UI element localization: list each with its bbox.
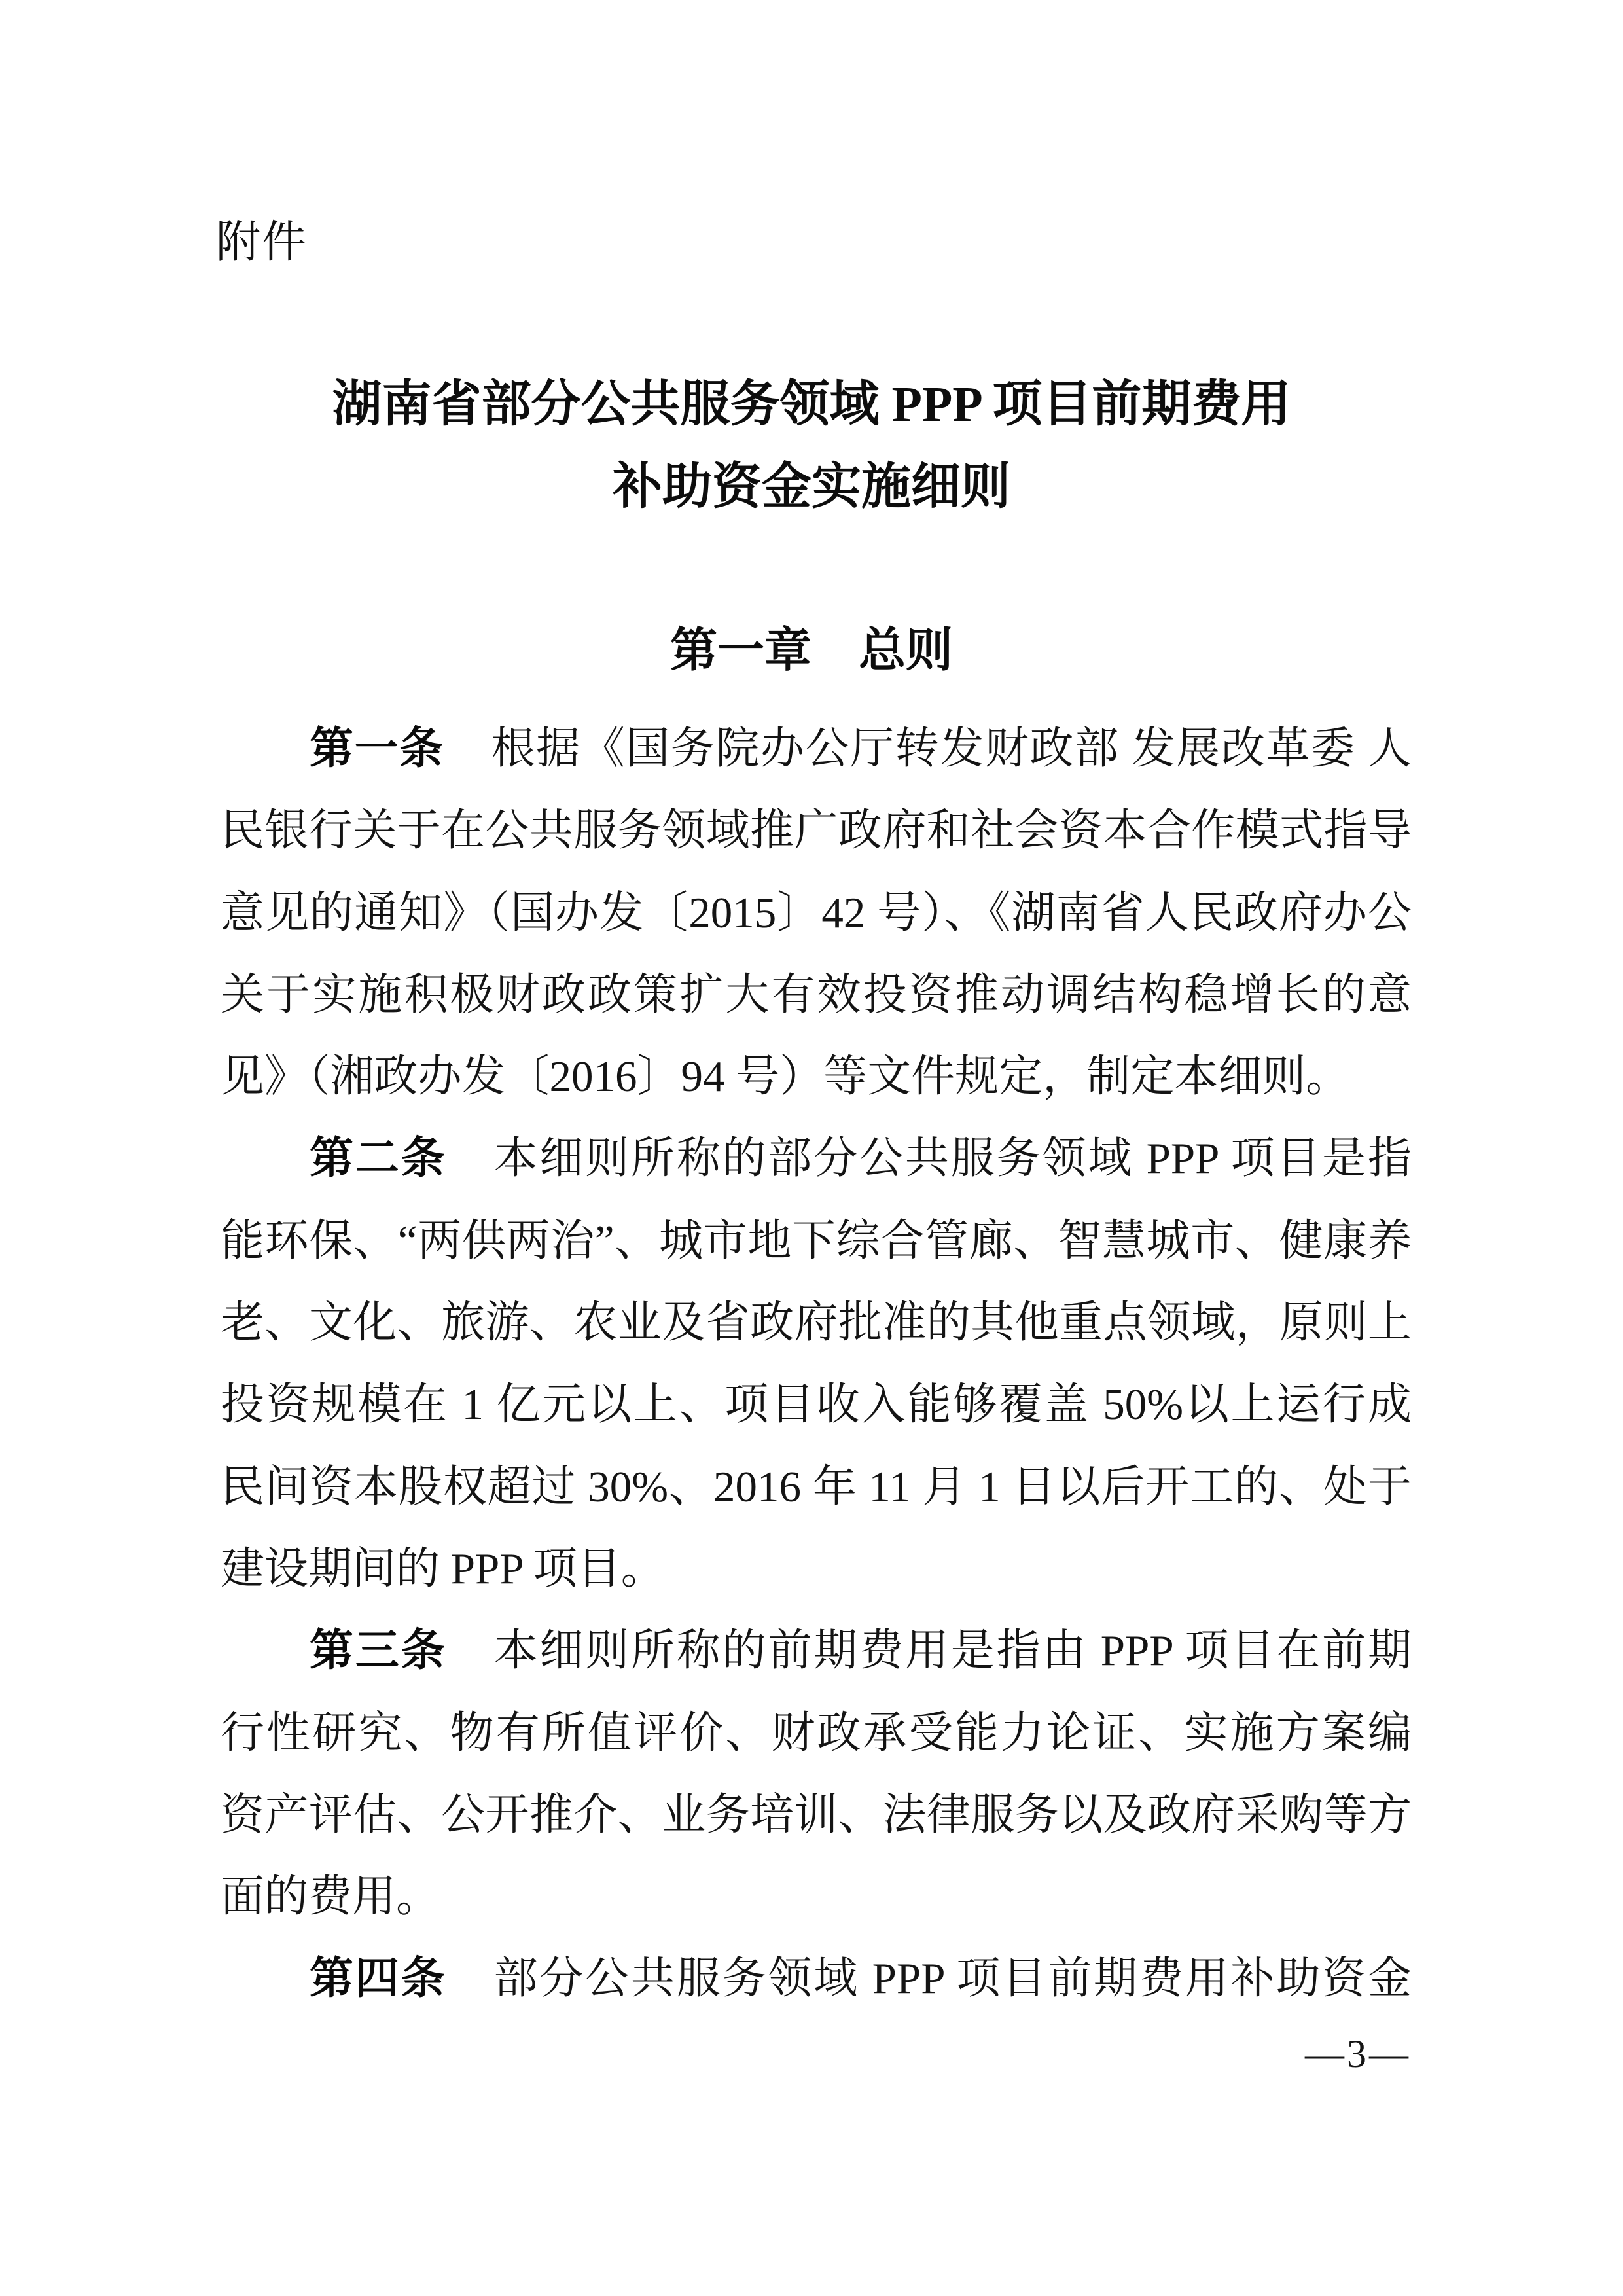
body-line-text: 关于实施积极财政政策扩大有效投资推动调结构稳增长的意 bbox=[221, 971, 1412, 1019]
article-lead-3: 第三条 bbox=[310, 1626, 446, 1675]
document-page: 附件 湖南省部分公共服务领域 PPP 项目前期费用 补助资金实施细则 第一章 总… bbox=[0, 0, 1623, 2296]
body-line: 第四条部分公共服务领域 PPP 项目前期费用补助资金给 bbox=[221, 1938, 1412, 2020]
body-line: 面的费用。 bbox=[221, 1856, 1412, 1938]
article-lead-2: 第二条 bbox=[310, 1134, 446, 1183]
body-line: 第三条本细则所称的前期费用是指由 PPP 项目在前期可 bbox=[221, 1610, 1412, 1692]
chapter-heading: 第一章 总则 bbox=[0, 627, 1623, 674]
body-line: 关于实施积极财政政策扩大有效投资推动调结构稳增长的意 bbox=[221, 954, 1412, 1036]
body-line-text: 能环保、“两供两治”、城市地下综合管廊、智慧城市、健康养 bbox=[221, 1217, 1412, 1265]
body-line: 第一条根据《国务院办公厅转发财政部 发展改革委 人 bbox=[221, 708, 1412, 790]
body-line-text: 建设期间的 PPP 项目。 bbox=[221, 1545, 665, 1593]
body-line: 资产评估、公开推介、业务培训、法律服务以及政府采购等方 bbox=[221, 1774, 1412, 1856]
body-line-text: 民银行关于在公共服务领域推广政府和社会资本合作模式指导 bbox=[221, 806, 1412, 855]
body-line: 民银行关于在公共服务领域推广政府和社会资本合作模式指导 bbox=[221, 790, 1412, 872]
body-line: 意见的通知》（国办发〔2015〕42 号）、《湖南省人民政府办公厅 bbox=[221, 872, 1412, 954]
article-lead-1: 第一条 bbox=[310, 725, 444, 773]
body-line-text: 民间资本股权超过 30%、2016 年 11 月 1 日以后开工的、处于 bbox=[221, 1463, 1412, 1511]
body-line: 建设期间的 PPP 项目。 bbox=[221, 1528, 1412, 1610]
page-number: —3— bbox=[1305, 2034, 1411, 2073]
body-line-text: 意见的通知》（国办发〔2015〕42 号）、《湖南省人民政府办公厅 bbox=[221, 889, 1412, 954]
document-title-line-1: 湖南省部分公共服务领域 PPP 项目前期费用 bbox=[0, 380, 1623, 429]
body-line: 见》（湘政办发〔2016〕94 号）等文件规定，制定本细则。 bbox=[221, 1036, 1412, 1118]
body-line: 行性研究、物有所值评价、财政承受能力论证、实施方案编制、 bbox=[221, 1693, 1412, 1774]
body-line-text: 行性研究、物有所值评价、财政承受能力论证、实施方案编制、 bbox=[221, 1709, 1412, 1774]
body-line-text: 见》（湘政办发〔2016〕94 号）等文件规定，制定本细则。 bbox=[221, 1052, 1349, 1101]
document-title-line-2: 补助资金实施细则 bbox=[0, 462, 1623, 512]
article-lead-4: 第四条 bbox=[310, 1954, 446, 2003]
body-line-text: 资产评估、公开推介、业务培训、法律服务以及政府采购等方 bbox=[221, 1791, 1412, 1839]
body-line: 能环保、“两供两治”、城市地下综合管廊、智慧城市、健康养 bbox=[221, 1200, 1412, 1282]
attachment-label: 附件 bbox=[216, 220, 308, 264]
body-line-text: 老、文化、旅游、农业及省政府批准的其他重点领域，原则上 bbox=[221, 1299, 1412, 1347]
body-line: 第二条本细则所称的部分公共服务领域 PPP 项目是指节 bbox=[221, 1118, 1412, 1200]
body-line: 民间资本股权超过 30%、2016 年 11 月 1 日以后开工的、处于 bbox=[221, 1446, 1412, 1528]
body-line-text: 投资规模在 1 亿元以上、项目收入能够覆盖 50%以上运行成本、 bbox=[221, 1380, 1412, 1446]
body-line-text: 根据《国务院办公厅转发财政部 发展改革委 人 bbox=[491, 725, 1412, 773]
body-line: 老、文化、旅游、农业及省政府批准的其他重点领域，原则上 bbox=[221, 1282, 1412, 1364]
document-body: 第一条根据《国务院办公厅转发财政部 发展改革委 人 民银行关于在公共服务领域推广… bbox=[221, 708, 1412, 2020]
body-line: 投资规模在 1 亿元以上、项目收入能够覆盖 50%以上运行成本、 bbox=[221, 1364, 1412, 1446]
body-line-text: 面的费用。 bbox=[221, 1873, 440, 1921]
